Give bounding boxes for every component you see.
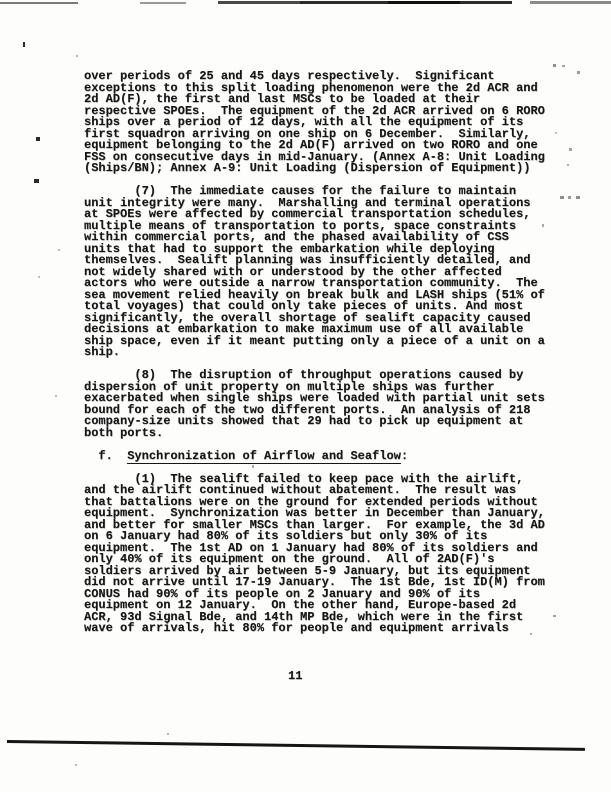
scan-speck [55,395,57,397]
heading-underlined-text: Synchronization of Airflow and Seaflow [127,449,401,464]
scan-speck [38,276,40,278]
scan-artifact-top-edge [388,1,460,4]
heading-f-synchronization: f. Synchronization of Airflow and Seaflo… [84,451,554,463]
scan-speck [568,196,571,199]
scan-speck [577,71,580,74]
paragraph-1-sealift-airlift: (1) The sealift failed to keep pace with… [84,474,554,635]
scan-speck [76,55,78,57]
text-line: wave of arrivals, hit 80% for people and… [84,623,554,635]
scan-speck [75,764,77,766]
scan-artifact-top-edge [218,1,310,4]
scan-speck [560,196,564,199]
text-line: ship. [84,347,554,359]
scan-speck [58,249,60,251]
document-text: over periods of 25 and 45 days respectiv… [84,71,554,635]
scan-speck [569,148,572,151]
scanned-document-page: over periods of 25 and 45 days respectiv… [0,0,611,792]
scan-speck [34,179,39,183]
scan-speck [562,65,565,67]
text-line: (Ships/BN); Annex A-9: Unit Loading (Dis… [84,163,554,175]
paragraph-split-loading-continuation: over periods of 25 and 45 days respectiv… [84,71,554,175]
scan-speck [555,132,557,134]
paragraph-8-throughput-disruption: (8) The disruption of throughput operati… [84,370,554,439]
scan-speck [36,137,40,141]
paragraph-7-immediate-causes: (7) The immediate causes for the failure… [84,186,554,359]
scan-speck [567,164,569,166]
scan-artifact-top-edge [140,2,186,4]
page-number: 11 [288,670,302,682]
scan-artifact-top-edge [0,2,78,4]
text-line: ship space, even if it meant putting onl… [84,336,554,348]
scan-artifact-top-edge [530,1,611,4]
scan-artifact-bottom-line [7,740,585,750]
scan-speck [553,64,556,67]
scan-speck [576,196,580,199]
scan-speck [23,42,25,47]
text-line: both ports. [84,428,554,440]
scan-speck [167,733,169,735]
